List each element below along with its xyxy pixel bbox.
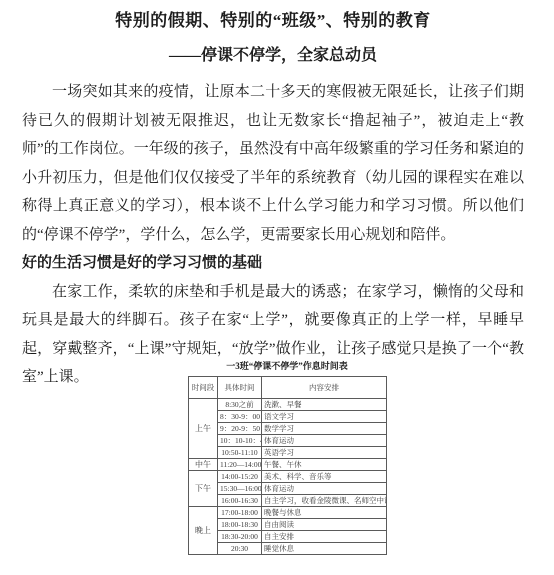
period-cell: 下午 — [189, 471, 218, 507]
table-row: 16:00-16:30自主学习，收看金陵微课、名师空中课堂等 — [189, 495, 387, 507]
header-row: 时间段 具体时间 内容安排 — [189, 377, 387, 399]
page-title: 特别的假期、特别的“班级”、特别的教育 — [22, 10, 524, 32]
time-cell: 9：20-9：50 — [218, 423, 262, 435]
content-cell: 数学学习 — [262, 423, 387, 435]
document-content: 特别的假期、特别的“班级”、特别的教育 ——停课不停学，全家总动员 一场突如其来… — [0, 0, 554, 392]
time-cell: 11:20—14:00 — [218, 459, 262, 471]
page-subtitle: ——停课不停学，全家总动员 — [22, 45, 524, 67]
schedule-table-block: 一3班“停课不停学”作息时间表 时间段 具体时间 内容安排 上午8:30之前洗漱… — [188, 360, 386, 555]
time-cell: 20:30 — [218, 543, 262, 555]
table-row: 10：10-10：40体育运动 — [189, 435, 387, 447]
time-cell: 8:30之前 — [218, 399, 262, 411]
table-row: 中午11:20—14:00午餐、午休 — [189, 459, 387, 471]
content-cell: 体育运动 — [262, 483, 387, 495]
period-cell: 中午 — [189, 459, 218, 471]
table-row: 20:30睡觉休息 — [189, 543, 387, 555]
time-cell: 10：10-10：40 — [218, 435, 262, 447]
document-page: 特别的假期、特别的“班级”、特别的教育 ——停课不停学，全家总动员 一场突如其来… — [0, 0, 554, 575]
paragraph-intro: 一场突如其来的疫情，让原本二十多天的寒假被无限延长，让孩子们期待已久的假期计划被… — [22, 78, 524, 249]
content-cell: 晚餐与休息 — [262, 507, 387, 519]
content-cell: 睡觉休息 — [262, 543, 387, 555]
header-period: 时间段 — [189, 377, 218, 399]
time-cell: 10:50-11:10 — [218, 447, 262, 459]
table-row: 18:00-18:30自由阅读 — [189, 519, 387, 531]
table-row: 10:50-11:10英语学习 — [189, 447, 387, 459]
time-cell: 18:00-18:30 — [218, 519, 262, 531]
schedule-table-title: 一3班“停课不停学”作息时间表 — [188, 360, 386, 373]
schedule-table-header: 时间段 具体时间 内容安排 — [189, 377, 387, 399]
content-cell: 语文学习 — [262, 411, 387, 423]
content-cell: 美术、科学、音乐等 — [262, 471, 387, 483]
table-row: 下午14:00-15:20美术、科学、音乐等 — [189, 471, 387, 483]
content-cell: 体育运动 — [262, 435, 387, 447]
content-cell: 洗漱、早餐 — [262, 399, 387, 411]
schedule-table-body: 上午8:30之前洗漱、早餐8：30-9：00语文学习9：20-9：50数学学习1… — [189, 399, 387, 555]
content-cell: 自主学习，收看金陵微课、名师空中课堂等 — [262, 495, 387, 507]
section-heading: 好的生活习惯是好的学习习惯的基础 — [22, 249, 524, 278]
table-row: 8：30-9：00语文学习 — [189, 411, 387, 423]
content-cell: 自主安排 — [262, 531, 387, 543]
content-cell: 自由阅读 — [262, 519, 387, 531]
table-row: 晚上17:00-18:00晚餐与休息 — [189, 507, 387, 519]
time-cell: 18:30-20:00 — [218, 531, 262, 543]
content-cell: 英语学习 — [262, 447, 387, 459]
time-cell: 14:00-15:20 — [218, 471, 262, 483]
table-row: 15:30—16:00体育运动 — [189, 483, 387, 495]
schedule-table: 时间段 具体时间 内容安排 上午8:30之前洗漱、早餐8：30-9：00语文学习… — [188, 376, 387, 555]
table-row: 上午8:30之前洗漱、早餐 — [189, 399, 387, 411]
content-cell: 午餐、午休 — [262, 459, 387, 471]
table-row: 18:30-20:00自主安排 — [189, 531, 387, 543]
period-cell: 晚上 — [189, 507, 218, 555]
time-cell: 8：30-9：00 — [218, 411, 262, 423]
header-time: 具体时间 — [218, 377, 262, 399]
time-cell: 15:30—16:00 — [218, 483, 262, 495]
table-row: 9：20-9：50数学学习 — [189, 423, 387, 435]
period-cell: 上午 — [189, 399, 218, 459]
time-cell: 16:00-16:30 — [218, 495, 262, 507]
header-content: 内容安排 — [262, 377, 387, 399]
time-cell: 17:00-18:00 — [218, 507, 262, 519]
